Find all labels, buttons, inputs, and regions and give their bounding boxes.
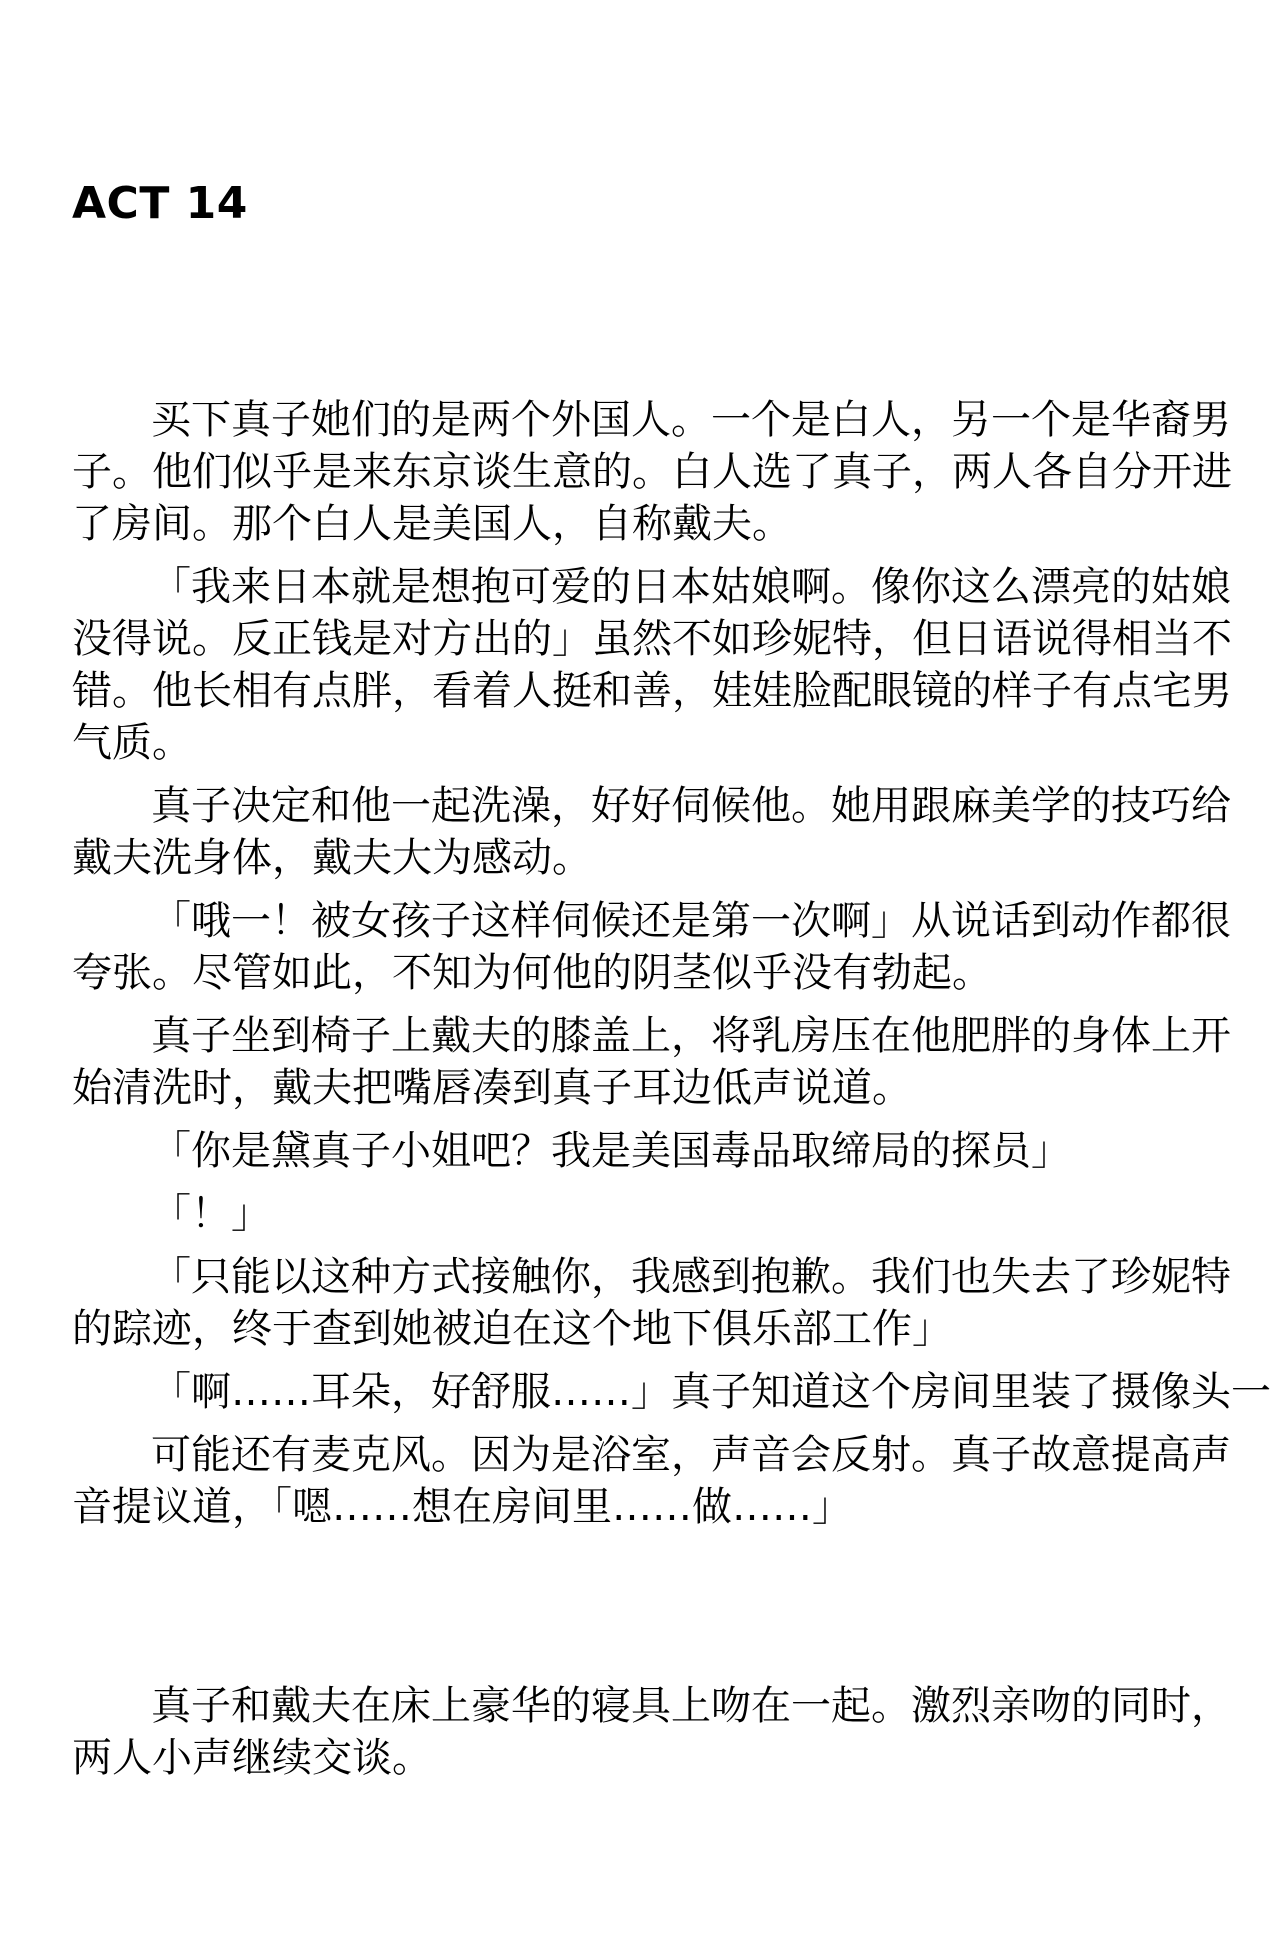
text-line: 「哦一！被女孩子这样伺候还是第一次啊」从说话到动作都很 — [72, 895, 1232, 947]
story-section-bedroom: 真子和戴夫在床上豪华的寝具上吻在一起。激烈亲吻的同时， 两人小声继续交谈。 — [72, 1680, 1232, 1795]
document-page: ACT 14 买下真子她们的是两个外国人。一个是白人，另一个是华裔男 子。他们似… — [0, 0, 1280, 1942]
paragraph-apology: 「只能以这种方式接触你，我感到抱歉。我们也失去了珍妮特 的踪迹，终于查到她被迫在… — [72, 1251, 1232, 1355]
text-line: 子。他们似乎是来东京谈生意的。白人选了真子，两人各自分开进 — [72, 446, 1232, 498]
text-line: 气质。 — [72, 717, 1232, 769]
text-line: 两人小声继续交谈。 — [72, 1732, 1232, 1784]
text-line: 的踪迹，终于查到她被迫在这个地下俱乐部工作」 — [72, 1303, 1232, 1355]
paragraph-dave-dialogue: 「我来日本就是想抱可爱的日本姑娘啊。像你这么漂亮的姑娘 没得说。反正钱是对方出的… — [72, 561, 1232, 769]
paragraph-whisper: 真子坐到椅子上戴夫的膝盖上，将乳房压在他肥胖的身体上开 始清洗时，戴夫把嘴唇凑到… — [72, 1010, 1232, 1114]
text-line: 「啊……耳朵，好舒服……」真子知道这个房间里装了摄像头一 — [72, 1366, 1232, 1418]
paragraph-bath-decision: 真子决定和他一起洗澡，好好伺候他。她用跟麻美学的技巧给 戴夫洗身体，戴夫大为感动… — [72, 780, 1232, 884]
paragraph-agent-reveal: 「你是黛真子小姐吧？我是美国毒品取缔局的探员」 — [72, 1125, 1232, 1177]
text-line: 「你是黛真子小姐吧？我是美国毒品取缔局的探员」 — [72, 1125, 1232, 1177]
text-line: 音提议道，「嗯……想在房间里……做……」 — [72, 1481, 1232, 1533]
paragraph-buyers-intro: 买下真子她们的是两个外国人。一个是白人，另一个是华裔男 子。他们似乎是来东京谈生… — [72, 394, 1232, 550]
text-line: 真子坐到椅子上戴夫的膝盖上，将乳房压在他肥胖的身体上开 — [72, 1010, 1232, 1062]
text-line: 「！」 — [72, 1188, 1232, 1240]
text-line: 「只能以这种方式接触你，我感到抱歉。我们也失去了珍妮特 — [72, 1251, 1232, 1303]
text-line: 了房间。那个白人是美国人，自称戴夫。 — [72, 498, 1232, 550]
paragraph-microphone: 可能还有麦克风。因为是浴室，声音会反射。真子故意提高声 音提议道，「嗯……想在房… — [72, 1429, 1232, 1533]
paragraph-camera: 「啊……耳朵，好舒服……」真子知道这个房间里装了摄像头一 — [72, 1366, 1232, 1418]
chapter-title: ACT 14 — [72, 178, 248, 230]
text-line: 戴夫洗身体，戴夫大为感动。 — [72, 832, 1232, 884]
text-line: 没得说。反正钱是对方出的」虽然不如珍妮特，但日语说得相当不 — [72, 613, 1232, 665]
text-line: 真子决定和他一起洗澡，好好伺候他。她用跟麻美学的技巧给 — [72, 780, 1232, 832]
story-section-bathroom: 买下真子她们的是两个外国人。一个是白人，另一个是华裔男 子。他们似乎是来东京谈生… — [72, 394, 1232, 1544]
text-line: 可能还有麦克风。因为是浴室，声音会反射。真子故意提高声 — [72, 1429, 1232, 1481]
text-line: 错。他长相有点胖，看着人挺和善，娃娃脸配眼镜的样子有点宅男 — [72, 665, 1232, 717]
text-line: 始清洗时，戴夫把嘴唇凑到真子耳边低声说道。 — [72, 1062, 1232, 1114]
text-line: 夸张。尽管如此，不知为何他的阴茎似乎没有勃起。 — [72, 947, 1232, 999]
text-line: 买下真子她们的是两个外国人。一个是白人，另一个是华裔男 — [72, 394, 1232, 446]
text-line: 真子和戴夫在床上豪华的寝具上吻在一起。激烈亲吻的同时， — [72, 1680, 1232, 1732]
text-line: 「我来日本就是想抱可爱的日本姑娘啊。像你这么漂亮的姑娘 — [72, 561, 1232, 613]
paragraph-bed-kiss: 真子和戴夫在床上豪华的寝具上吻在一起。激烈亲吻的同时， 两人小声继续交谈。 — [72, 1680, 1232, 1784]
paragraph-surprise: 「！」 — [72, 1188, 1232, 1240]
paragraph-dave-reaction: 「哦一！被女孩子这样伺候还是第一次啊」从说话到动作都很 夸张。尽管如此，不知为何… — [72, 895, 1232, 999]
